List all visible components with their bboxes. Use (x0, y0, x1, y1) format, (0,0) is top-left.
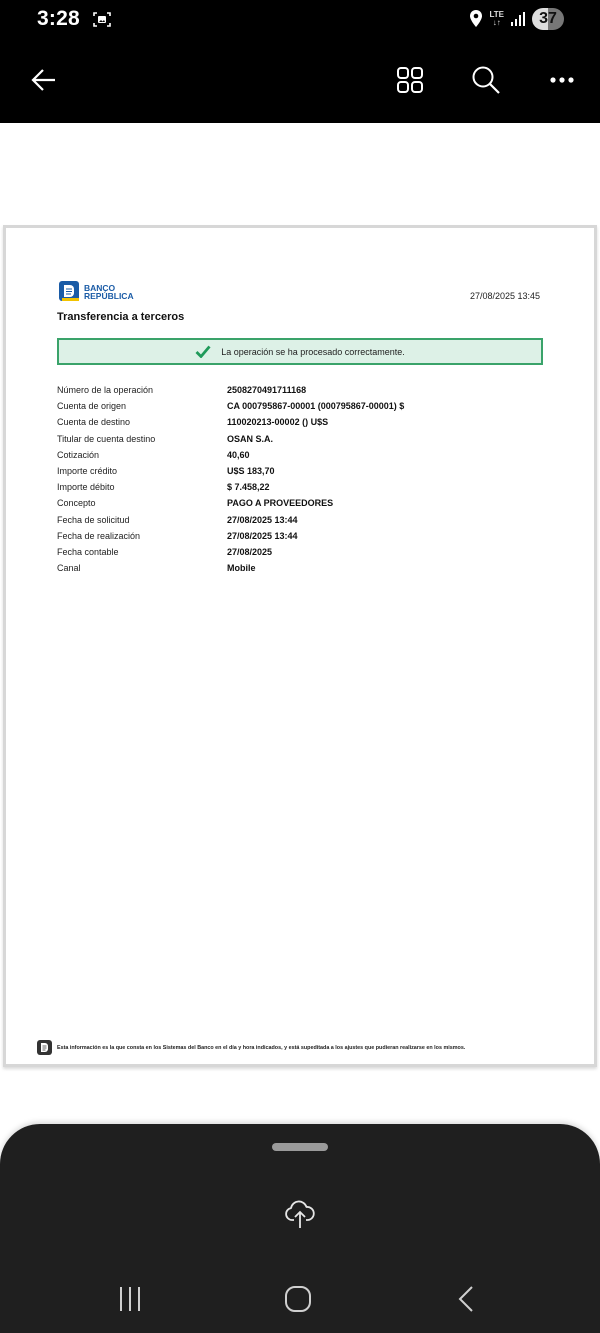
home-icon (284, 1285, 312, 1313)
search-icon (471, 65, 501, 95)
document-date: 27/08/2025 13:45 (470, 291, 540, 301)
grid-view-button[interactable] (390, 60, 430, 100)
detail-value: Mobile (227, 563, 256, 573)
detail-value: 2508270491711168 (227, 385, 306, 395)
detail-label: Cuenta de origen (57, 401, 227, 411)
back-icon (457, 1285, 475, 1313)
detail-label: Importe crédito (57, 466, 227, 476)
footer-disclaimer: Esta información es la que consta en los… (37, 1040, 465, 1055)
disclaimer-text: Esta información es la que consta en los… (57, 1045, 465, 1051)
detail-row: Cuenta de destino110020213-00002 () U$S (57, 414, 537, 430)
recent-apps-button[interactable] (110, 1279, 150, 1319)
bottom-sheet (0, 1124, 600, 1333)
detail-row: Fecha contable27/08/2025 (57, 544, 537, 560)
success-message: La operación se ha procesado correctamen… (221, 347, 405, 357)
detail-value: PAGO A PROVEEDORES (227, 498, 333, 508)
lte-icon: LTE ↓↑ (489, 11, 504, 27)
app-bar (0, 40, 600, 123)
detail-row: CanalMobile (57, 560, 537, 576)
upload-button[interactable] (283, 1197, 317, 1231)
detail-row: Cotización40,60 (57, 447, 537, 463)
detail-value: CA 000795867-00001 (000795867-00001) $ (227, 401, 404, 411)
detail-label: Fecha de solicitud (57, 515, 227, 525)
detail-value: 27/08/2025 13:44 (227, 531, 298, 541)
upload-cloud-icon (284, 1198, 316, 1230)
detail-label: Canal (57, 563, 227, 573)
back-arrow-icon (31, 67, 57, 93)
success-banner: La operación se ha procesado correctamen… (57, 338, 543, 365)
detail-value: OSAN S.A. (227, 434, 273, 444)
bank-logo-icon (59, 281, 79, 302)
detail-label: Fecha de realización (57, 531, 227, 541)
signal-icon (510, 11, 526, 27)
detail-value: U$S 183,70 (227, 466, 275, 476)
bank-small-logo-icon (37, 1040, 52, 1055)
bank-name-line2: REPÚBLICA (84, 292, 134, 300)
detail-label: Cuenta de destino (57, 417, 227, 427)
status-bar: 3:28 LTE ↓↑ 37 (0, 0, 600, 40)
detail-row: Importe créditoU$S 183,70 (57, 463, 537, 479)
more-options-button[interactable] (542, 60, 582, 100)
status-icons: LTE ↓↑ 37 (469, 8, 564, 30)
grid-view-icon (396, 66, 424, 94)
nav-back-button[interactable] (446, 1279, 486, 1319)
detail-row: Fecha de realización27/08/2025 13:44 (57, 528, 537, 544)
detail-value: 110020213-00002 () U$S (227, 417, 328, 427)
more-options-icon (549, 76, 575, 84)
detail-label: Fecha contable (57, 547, 227, 557)
home-button[interactable] (278, 1279, 318, 1319)
detail-value: 27/08/2025 13:44 (227, 515, 298, 525)
document-title: Transferencia a terceros (57, 311, 184, 323)
detail-row: Fecha de solicitud27/08/2025 13:44 (57, 512, 537, 528)
detail-label: Número de la operación (57, 385, 227, 395)
bank-logo: BANCO REPÚBLICA (59, 281, 134, 302)
detail-row: ConceptoPAGO A PROVEEDORES (57, 495, 537, 511)
battery-icon: 37 (532, 8, 564, 30)
recent-apps-icon (118, 1286, 142, 1312)
back-button[interactable] (24, 60, 64, 100)
drag-handle[interactable] (272, 1143, 328, 1151)
checkmark-icon (195, 345, 211, 358)
detail-value: 40,60 (227, 450, 250, 460)
detail-label: Concepto (57, 498, 227, 508)
screenshot-icon (93, 11, 111, 28)
location-icon (469, 10, 483, 28)
detail-label: Titular de cuenta destino (57, 434, 227, 444)
status-time: 3:28 (37, 7, 80, 31)
bank-name: BANCO REPÚBLICA (84, 284, 134, 300)
detail-row: Número de la operación2508270491711168 (57, 382, 537, 398)
search-button[interactable] (466, 60, 506, 100)
detail-row: Cuenta de origenCA 000795867-00001 (0007… (57, 398, 537, 414)
detail-row: Titular de cuenta destinoOSAN S.A. (57, 431, 537, 447)
detail-row: Importe débito$ 7.458,22 (57, 479, 537, 495)
transfer-details: Número de la operación2508270491711168 C… (57, 382, 537, 576)
detail-value: $ 7.458,22 (227, 482, 270, 492)
detail-value: 27/08/2025 (227, 547, 272, 557)
detail-label: Cotización (57, 450, 227, 460)
detail-label: Importe débito (57, 482, 227, 492)
